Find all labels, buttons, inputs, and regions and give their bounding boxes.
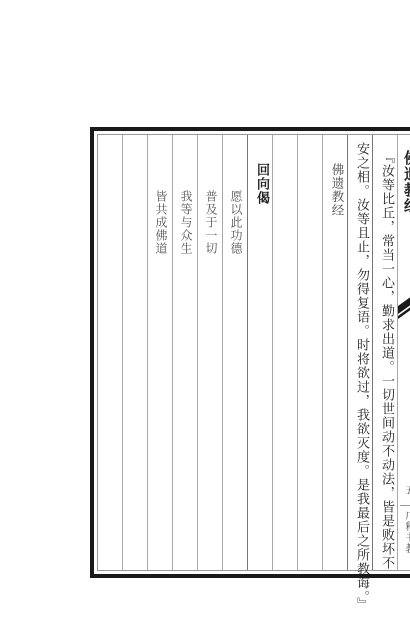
quote-column-1: 『汝等比丘，常当一心，勤求出道。一切世间动不动法，皆是败坏不: [377, 150, 396, 570]
dedication-heading: 回向偈: [252, 163, 271, 205]
footer-separator: [400, 505, 410, 506]
column-rule: [122, 135, 123, 570]
column-rule: [297, 135, 298, 570]
column-rule: [222, 135, 223, 570]
column-rule: [322, 135, 323, 570]
publisher-mark: 广释书教: [401, 510, 410, 554]
verse-line-1: 愿以此功德: [228, 190, 245, 255]
quote-column-2: 安之相。汝等且止，勿得复语。时将欲过，我欲灭度。是我最后之所教诲。』: [352, 142, 371, 612]
verse-line-4: 皆共成佛道: [153, 190, 170, 255]
page-number: 五: [401, 485, 410, 496]
column-rule: [372, 135, 373, 570]
verse-line-2: 普及于一切: [203, 190, 220, 255]
column-rule: [347, 135, 348, 570]
title-fragment: 佛遗教经: [401, 150, 410, 214]
column-rule: [172, 135, 173, 570]
banner-ornament-icon: [398, 296, 410, 326]
column-rule: [197, 135, 198, 570]
column-rule: [147, 135, 148, 570]
column-rule: [272, 135, 273, 570]
verse-line-3: 我等与众生: [178, 190, 195, 255]
column-rule: [247, 135, 248, 570]
sutra-label: 佛遗教经: [328, 163, 346, 217]
column-rule: [397, 135, 398, 570]
